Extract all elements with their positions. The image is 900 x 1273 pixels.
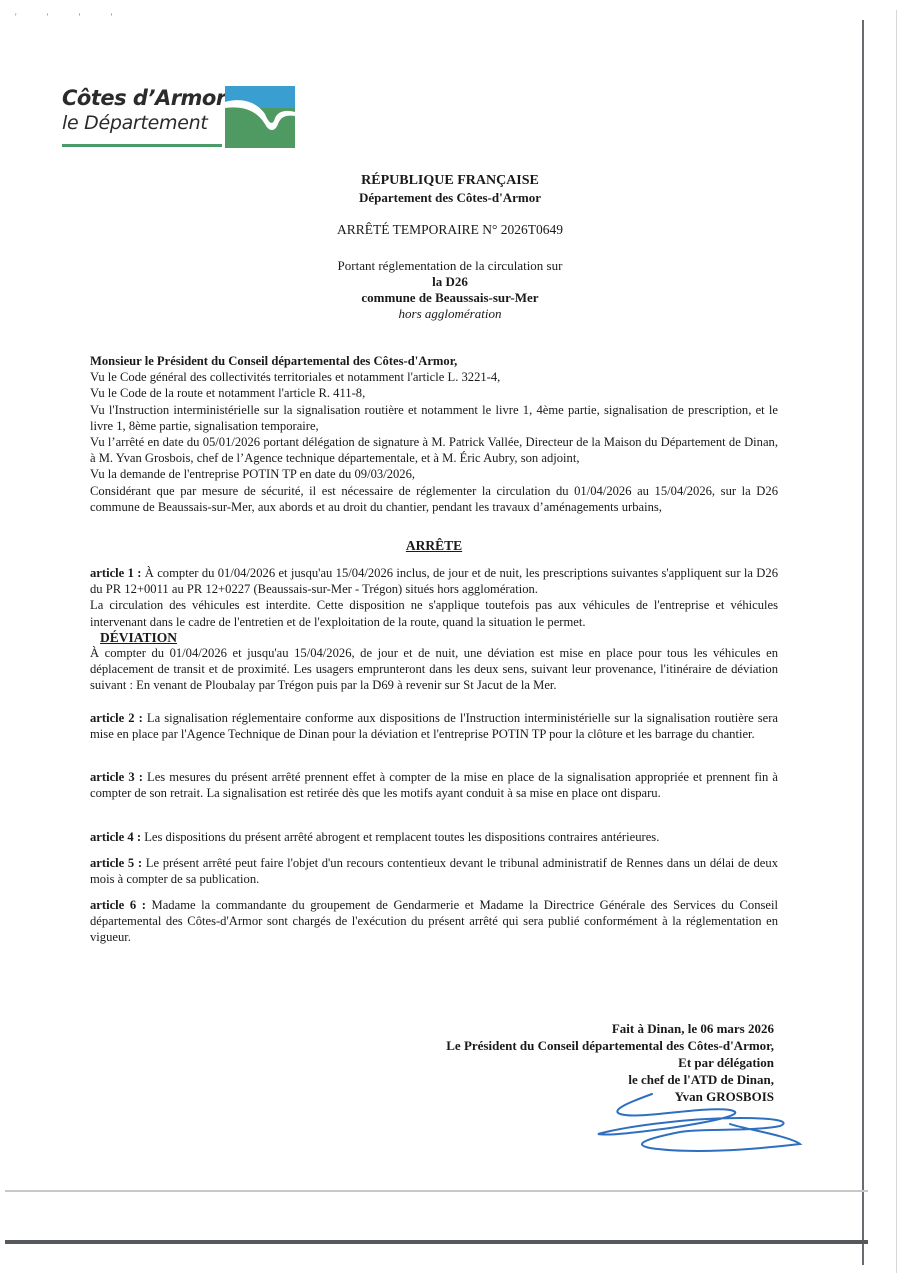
considering-line: Considérant que par mesure de sécurité, … [90,483,778,515]
scan-line-grey [5,1190,868,1192]
department-heading: Département des Côtes-d'Armor [240,190,660,206]
logo-subtitle: le Département [62,112,207,134]
signatory-role: le chef de l'ATD de Dinan, [380,1071,774,1088]
article-text: Les dispositions du présent arrêté abrog… [144,830,659,844]
deviation-text: À compter du 01/04/2026 et jusqu'au 15/0… [90,645,778,694]
article-text: Les mesures du présent arrêté prennent e… [90,770,778,800]
vu-line: Vu l'Instruction interministérielle sur … [90,402,778,434]
subject-line: Portant réglementation de la circulation… [240,258,660,274]
article-label: article 5 : [90,856,142,870]
logo-title: Côtes d’Armor [62,86,226,110]
logo-underline [62,144,222,147]
article-text: À compter du 01/04/2026 et jusqu'au 15/0… [90,566,778,596]
place-date: Fait à Dinan, le 06 mars 2026 [380,1020,774,1037]
article-text: Le présent arrêté peut faire l'objet d'u… [90,856,778,886]
vu-line: Vu le Code de la route et notamment l'ar… [90,385,778,401]
arrete-title: ARRÊTÉ TEMPORAIRE N° 2026T0649 [240,222,660,238]
scan-line-dark [5,1240,868,1244]
article-2: article 2 : La signalisation réglementai… [90,710,778,742]
article-label: article 6 : [90,898,146,912]
logo-wave-icon [225,86,295,148]
subject-road: la D26 [240,274,660,290]
deviation-heading: DÉVIATION [90,630,778,645]
delegation-line: Et par délégation [380,1054,774,1071]
article-label: article 2 : [90,711,143,725]
article-label: article 4 : [90,830,141,844]
preamble: Monsieur le Président du Conseil départe… [90,353,778,515]
vu-line: Vu l’arrêté en date du 05/01/2026 portan… [90,434,778,466]
decision-heading-block: ARRÊTE [90,538,778,554]
scan-edge [896,10,897,1273]
decision-heading: ARRÊTE [90,538,778,554]
article-5: article 5 : Le présent arrêté peut faire… [90,855,778,887]
signatory-title: Le Président du Conseil départemental de… [380,1037,774,1054]
article-4: article 4 : Les dispositions du présent … [90,829,778,845]
subject-commune: commune de Beaussais-sur-Mer [240,290,660,306]
article-1: article 1 : À compter du 01/04/2026 et j… [90,565,778,693]
article-3: article 3 : Les mesures du présent arrêt… [90,769,778,801]
scan-border-right [862,20,864,1265]
article-label: article 3 : [90,770,143,784]
vu-line: Vu la demande de l'entreprise POTIN TP e… [90,466,778,482]
article-text-extra: La circulation des véhicules est interdi… [90,597,778,629]
department-logo: Côtes d’Armor le Département [62,86,302,150]
article-label: article 1 : [90,566,141,580]
article-6: article 6 : Madame la commandante du gro… [90,897,778,946]
article-text: La signalisation réglementaire conforme … [90,711,778,741]
scan-artifacts: ' ' ' ' [15,12,126,22]
handwritten-signature-icon [590,1088,810,1158]
subject-zone: hors agglomération [240,306,660,322]
article-text: Madame la commandante du groupement de G… [90,898,778,944]
vu-line: Vu le Code général des collectivités ter… [90,369,778,385]
authority-line: Monsieur le Président du Conseil départe… [90,353,778,369]
republic-heading: RÉPUBLIQUE FRANÇAISE [240,173,660,189]
